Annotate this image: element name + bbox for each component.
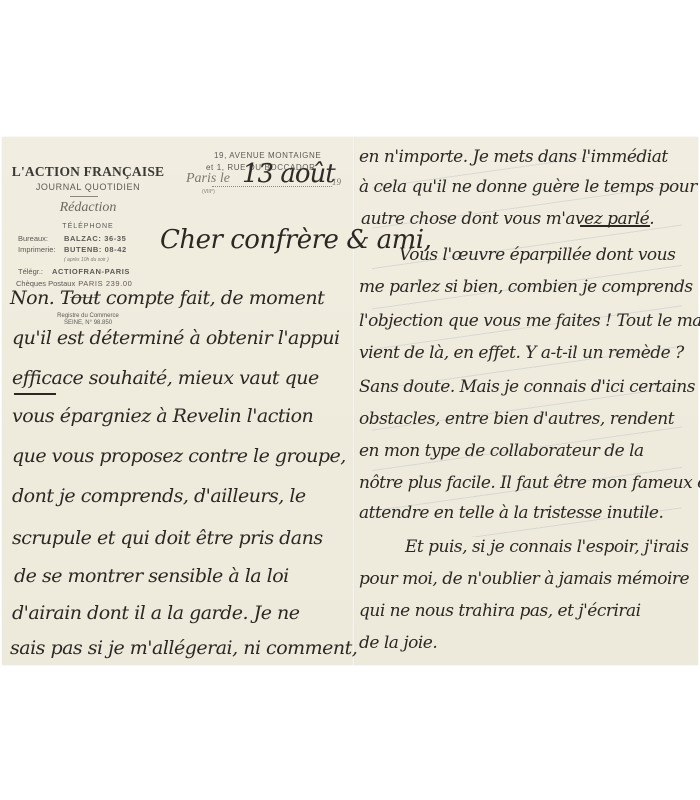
phone-row-key: Bureaux: <box>18 234 64 243</box>
letter-line: obstacles, entre bien d'autres, rendent <box>359 409 674 429</box>
letter-line: scrupule et qui doit être pris dans <box>12 527 323 549</box>
letter-line: Sans doute. Mais je connais d'ici certai… <box>359 377 695 397</box>
letter-line: Vous l'œuvre éparpillée dont vous <box>399 245 675 265</box>
letter-line: sais pas si je m'allégerai, ni comment, <box>10 637 357 659</box>
underline <box>14 393 56 395</box>
phone-row-value: ACTIOFRAN-PARIS <box>52 267 130 276</box>
registry-line-1: Registre du Commerce <box>8 313 168 320</box>
letter-line: que vous proposez contre le groupe, <box>12 445 346 467</box>
letter-line: Et puis, si je connais l'espoir, j'irais <box>405 537 688 557</box>
phone-row-key: Télégr.: <box>18 267 52 276</box>
page-right: en n'importe. Je mets dans l'immédiat à … <box>355 137 698 665</box>
phone-row-bureaux: Bureaux: BALZAC: 36-35 <box>18 234 126 243</box>
registry-line: Registre du Commerce SEINE, N° 98.850 <box>8 313 168 327</box>
arrondissement: (VIII°) <box>202 189 215 195</box>
letter-line: en n'importe. Je mets dans l'immédiat <box>359 147 668 167</box>
letter-line: dont je comprends, d'ailleurs, le <box>12 485 306 507</box>
letter-line: de la joie. <box>359 633 437 653</box>
after-hours-note: ( après 10h du soir ) <box>64 257 109 263</box>
letterhead-rule <box>70 196 98 197</box>
registry-line-2: SEINE, N° 98.850 <box>8 320 168 327</box>
handwritten-date: 13 août <box>242 159 335 189</box>
telegram-row: Télégr.: ACTIOFRAN-PARIS <box>18 267 130 276</box>
letter-line: vient de là, en effet. Y a-t-il un remèd… <box>359 343 684 363</box>
letter-line: à cela qu'il ne donne guère le temps pou… <box>359 177 697 197</box>
letterhead-title: L'ACTION FRANÇAISE <box>8 164 168 180</box>
telephone-label: TÉLÉPHONE <box>8 223 168 230</box>
letter-line: pour moi, de n'oublier à jamais mémoire <box>359 569 689 589</box>
letter-line: Non. Tout compte fait, de moment <box>10 287 324 309</box>
letter-line: attendre en telle à la tristesse inutile… <box>359 503 663 523</box>
phone-row-value: BALZAC: 36-35 <box>64 234 126 243</box>
year-prefix: 19 <box>332 177 341 187</box>
letter-line: me parlez si bien, combien je comprends <box>359 277 693 297</box>
letter-line: en mon type de collaborateur de la <box>359 441 644 461</box>
letter-line: nôtre plus facile. Il faut être mon fame… <box>359 473 700 493</box>
letter-line: vous épargniez à Revelin l'action <box>12 405 313 427</box>
letterhead-department: Rédaction <box>8 200 168 216</box>
page-left: L'ACTION FRANÇAISE JOURNAL QUOTIDIEN Réd… <box>2 137 352 665</box>
letter-line: l'objection que vous me faites ! Tout le… <box>359 311 700 331</box>
phone-row-key: Imprimerie: <box>18 245 64 254</box>
dash-rule <box>580 225 650 227</box>
letter-line: d'airain dont il a la garde. Je ne <box>12 602 300 624</box>
letter-paper: L'ACTION FRANÇAISE JOURNAL QUOTIDIEN Réd… <box>2 137 698 665</box>
place-label: Paris le <box>186 171 230 187</box>
letterhead-subtitle: JOURNAL QUOTIDIEN <box>8 182 168 192</box>
letter-line: qui ne nous trahira pas, et j'écrirai <box>359 601 641 621</box>
letter-line: efficace souhaité, mieux vaut que <box>12 367 319 389</box>
letter-line: de se montrer sensible à la loi <box>14 565 289 587</box>
phone-row-imprimerie: Imprimerie: BUTENB: 08-42 <box>18 245 127 254</box>
letter-line: qu'il est déterminé à obtenir l'appui <box>12 327 340 349</box>
phone-row-value: BUTENB: 08-42 <box>64 245 127 254</box>
